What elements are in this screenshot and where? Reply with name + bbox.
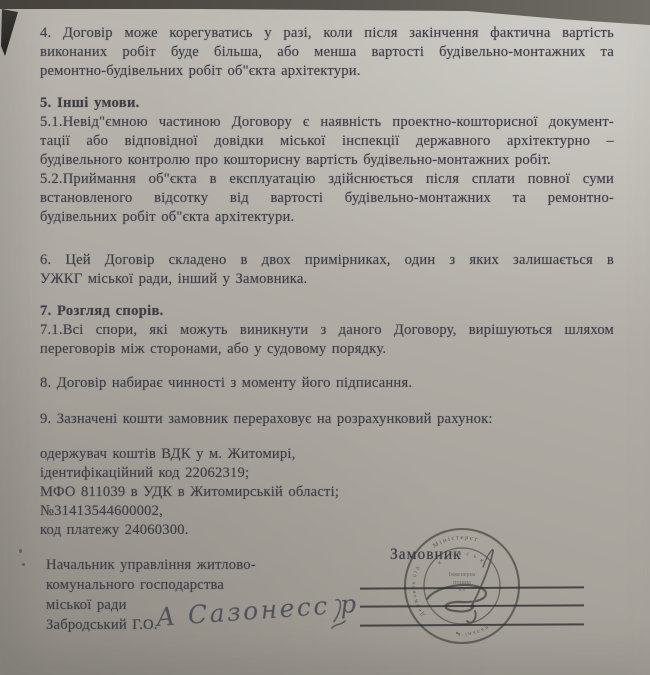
paper-speck xyxy=(19,549,22,553)
stamp-center-line1: Інженерна xyxy=(449,572,476,578)
requisite-line: ідентифікаційний код 22062319; xyxy=(40,464,614,483)
scanned-contract-page: 4. Договір може корегуватись у разі, кол… xyxy=(0,0,650,675)
section-7-heading: 7. Розгляд спорів. xyxy=(40,302,614,321)
text-line: 4. Договір може корегуватись у разі, кол… xyxy=(40,24,614,43)
text-line: УЖКГ міської ради, інший у Замовника. xyxy=(40,270,614,289)
bank-requisites: одержувач коштів ВДК у м. Житомирі, іден… xyxy=(40,445,614,540)
text-line: будівельного контролю про кошторисну вар… xyxy=(40,151,614,170)
paragraph-6: 6. Цей Договір складено в двох примірник… xyxy=(40,251,614,289)
text-line: 9. Зазначені кошти замовник перераховує … xyxy=(40,410,614,429)
text-line: ремонтно-будівельних робіт об"єкта архіт… xyxy=(40,62,614,81)
text-line: виконаних робіт буде більша, або менша в… xyxy=(40,43,614,62)
paragraph-9: 9. Зазначені кошти замовник перераховує … xyxy=(40,410,614,429)
page-corner-shadow xyxy=(0,8,24,64)
text-line: 7.1.Всі спори, які можуть виникнути з да… xyxy=(40,321,614,340)
text-line: 8. Договір набирає чинності з моменту йо… xyxy=(40,374,614,393)
paragraph-5-2: 5.2.Приймання об"єкта в експлуатацію зді… xyxy=(40,170,614,227)
text-line: будівельних робіт об"єкта архітектури. xyxy=(40,208,614,227)
paragraph-4: 4. Договір може корегуватись у разі, кол… xyxy=(40,24,614,81)
document-body: 4. Договір може корегуватись у разі, кол… xyxy=(40,24,614,636)
stamp-center-line3: в ч xyxy=(459,588,466,593)
heading-text: 5. Інші умови. xyxy=(40,94,614,113)
signer-title-line: Начальник управління житлово- xyxy=(46,556,614,576)
stamp-ring-text-bottom: нальні в xyxy=(456,624,489,637)
text-line: переговорів між сторонами, або у судовом… xyxy=(40,340,614,359)
paper-speck xyxy=(22,563,25,566)
paragraph-5-1: 5.1.Невід"ємною частиною Договору є наяв… xyxy=(40,113,614,170)
section-5-heading: 5. Інші умови. xyxy=(40,94,614,113)
requisite-line: №31413544600002, xyxy=(40,502,614,521)
requisite-line: код платежу 24060300. xyxy=(40,521,614,540)
text-line: 5.1.Невід"ємною частиною Договору є наяв… xyxy=(40,113,614,132)
requisite-line: МФО 811039 в УДК в Житомирській області; xyxy=(40,483,614,502)
paragraph-8: 8. Договір набирає чинності з моменту йо… xyxy=(40,374,614,393)
text-line: встановленого відсотку від вартості буді… xyxy=(40,189,614,208)
signature-tail-stroke xyxy=(326,596,356,636)
paragraph-7-1: 7.1.Всі спори, які можуть виникнути з да… xyxy=(40,321,614,359)
customer-label: Замовник xyxy=(390,546,462,564)
text-line: тації або відповідної довідки міської ін… xyxy=(40,132,614,151)
heading-text: 7. Розгляд спорів. xyxy=(40,302,614,321)
text-line: 6. Цей Договір складено в двох примірник… xyxy=(40,251,614,270)
text-line: 5.2.Приймання об"єкта в експлуатацію зді… xyxy=(40,170,614,189)
requisite-line: одержувач коштів ВДК у м. Житомирі, xyxy=(40,445,614,464)
